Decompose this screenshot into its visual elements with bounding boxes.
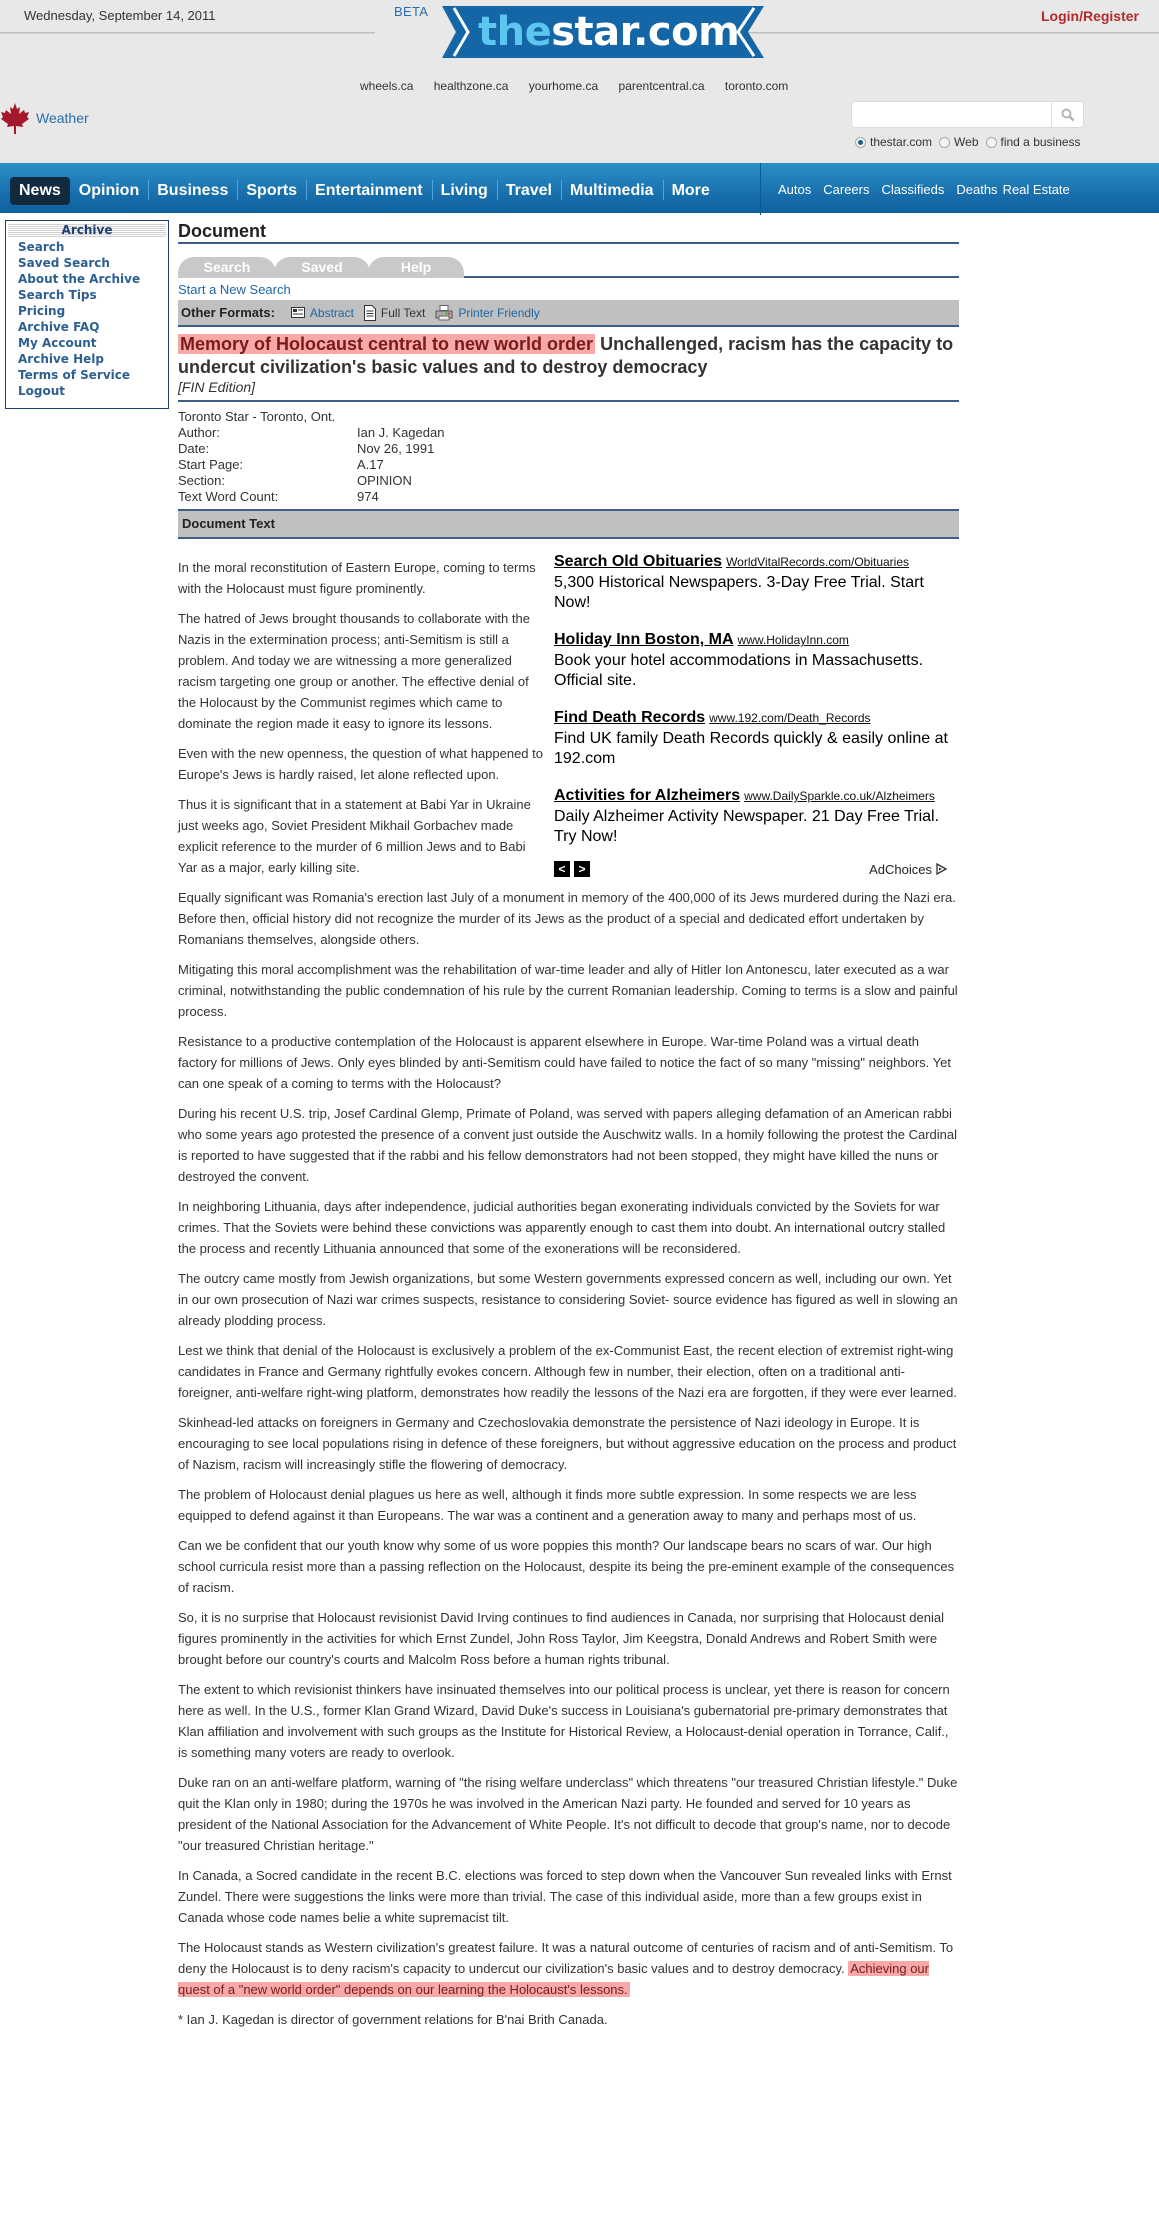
source: Toronto Star - Toronto, Ont. [178, 409, 959, 425]
article-body: Search Old ObituariesWorldVitalRecords.c… [178, 557, 959, 2030]
nav-classifieds[interactable]: Classifieds [882, 182, 945, 197]
nav-sports[interactable]: Sports [237, 177, 306, 205]
nav-more[interactable]: More [663, 177, 719, 205]
nav-careers[interactable]: Careers [823, 182, 869, 197]
format-full-text[interactable]: Full Text [364, 305, 425, 321]
paragraph: In Canada, a Socred candidate in the rec… [178, 1865, 959, 1928]
nav-living[interactable]: Living [432, 177, 497, 205]
tab-search[interactable]: Search [178, 257, 276, 278]
sidebar-item-search[interactable]: Search [18, 239, 168, 255]
paragraph: The extent to which revisionist thinkers… [178, 1679, 959, 1763]
scope-radio-business[interactable]: find a business [986, 135, 1081, 149]
weather-label: Weather [36, 110, 89, 126]
ad-item: Find Death Recordswww.192.com/Death_Reco… [554, 707, 961, 769]
weather-link[interactable]: Weather [0, 101, 89, 135]
article-metadata: Toronto Star - Toronto, Ont. Author:Ian … [178, 409, 959, 505]
article-headline: Memory of Holocaust central to new world… [178, 333, 959, 379]
nav-multimedia[interactable]: Multimedia [561, 177, 663, 205]
paragraph: Resistance to a productive contemplation… [178, 1031, 959, 1094]
nav-news[interactable]: News [10, 177, 70, 205]
ad-description: Daily Alzheimer Activity Newspaper. 21 D… [554, 807, 961, 847]
search-scope: thestar.com Web find a business [855, 135, 1088, 149]
ad-item: Search Old ObituariesWorldVitalRecords.c… [554, 551, 961, 613]
paragraph: In neighboring Lithuania, days after ind… [178, 1196, 959, 1259]
scope-radio-thestar[interactable]: thestar.com [855, 135, 932, 149]
ad-panel: Search Old ObituariesWorldVitalRecords.c… [554, 551, 961, 879]
ad-next-button[interactable]: > [574, 861, 590, 877]
format-abstract-link[interactable]: Abstract [291, 306, 354, 320]
document-icon [364, 305, 376, 321]
ad-title-link[interactable]: Search Old Obituaries [554, 553, 722, 570]
paragraph: So, it is no surprise that Holocaust rev… [178, 1607, 959, 1670]
sidebar-item-logout[interactable]: Logout [18, 383, 168, 399]
ad-description: 5,300 Historical Newspapers. 3-Day Free … [554, 573, 961, 613]
maple-leaf-icon [0, 101, 30, 135]
partner-link-yourhome[interactable]: yourhome.ca [529, 79, 598, 93]
ad-description: Book your hotel accommodations in Massac… [554, 651, 961, 691]
ad-title-link[interactable]: Activities for Alzheimers [554, 787, 740, 804]
paragraph: Mitigating this moral accomplishment was… [178, 959, 959, 1022]
tab-help[interactable]: Help [368, 257, 464, 278]
ad-item: Activities for Alzheimerswww.DailySparkl… [554, 785, 961, 847]
edition-label: [FIN Edition] [178, 379, 959, 395]
ad-prev-button[interactable]: < [554, 861, 570, 877]
main-nav: News Opinion Business Sports Entertainme… [0, 163, 1159, 215]
nav-divider [760, 163, 761, 215]
ad-item: Holiday Inn Boston, MAwww.HolidayInn.com… [554, 629, 961, 691]
current-date: Wednesday, September 14, 2011 [24, 8, 216, 23]
page-title: Document [178, 220, 959, 244]
document-main: Document Search Saved Help Start a New S… [178, 220, 959, 2039]
sidebar-item-saved-search[interactable]: Saved Search [18, 255, 168, 271]
document-text-header: Document Text [178, 509, 959, 539]
start-new-search-link[interactable]: Start a New Search [178, 282, 959, 297]
beta-label: BETA [394, 4, 428, 19]
sidebar-item-faq[interactable]: Archive FAQ [18, 319, 168, 335]
author-footnote: * Ian J. Kagedan is director of governme… [178, 2009, 959, 2030]
radio-unselected-icon [986, 137, 997, 148]
ad-url-link[interactable]: www.DailySparkle.co.uk/Alzheimers [744, 789, 935, 803]
meta-date: Date:Nov 26, 1991 [178, 441, 959, 457]
paragraph: The problem of Holocaust denial plagues … [178, 1484, 959, 1526]
final-paragraph: The Holocaust stands as Western civiliza… [178, 1937, 959, 2000]
logo-prefix: the [478, 9, 551, 55]
sidebar-item-about[interactable]: About the Archive [18, 271, 168, 287]
meta-start-page: Start Page:A.17 [178, 457, 959, 473]
meta-word-count: Text Word Count:974 [178, 489, 959, 505]
nav-autos[interactable]: Autos [778, 182, 811, 197]
paragraph: Duke ran on an anti-welfare platform, wa… [178, 1772, 959, 1856]
archive-sidebar: Archive Search Saved Search About the Ar… [5, 220, 169, 409]
headline-highlight: Memory of Holocaust central to new world… [178, 334, 595, 354]
tab-saved[interactable]: Saved [274, 257, 370, 278]
nav-travel[interactable]: Travel [497, 177, 561, 205]
partner-link-toronto[interactable]: toronto.com [725, 79, 788, 93]
partner-links: wheels.ca healthzone.ca yourhome.ca pare… [360, 79, 805, 93]
adchoices-icon [935, 863, 947, 875]
paragraph: Can we be confident that our youth know … [178, 1535, 959, 1598]
site-header: Wednesday, September 14, 2011 BETA thest… [0, 0, 1159, 163]
logo-suffix: star.com [551, 9, 739, 55]
scope-radio-web[interactable]: Web [939, 135, 978, 149]
divider [178, 400, 959, 402]
partner-link-healthzone[interactable]: healthzone.ca [434, 79, 509, 93]
nav-entertainment[interactable]: Entertainment [306, 177, 432, 205]
paragraph: The outcry came mostly from Jewish organ… [178, 1268, 959, 1331]
thestar-logo[interactable]: thestar.com [438, 6, 764, 58]
meta-author: Author:Ian J. Kagedan [178, 425, 959, 441]
site-search [851, 101, 1084, 128]
format-printer-friendly-link[interactable]: Printer Friendly [435, 305, 539, 321]
radio-unselected-icon [939, 137, 950, 148]
partner-link-wheels[interactable]: wheels.ca [360, 79, 413, 93]
nav-deaths[interactable]: Deaths [956, 182, 997, 197]
document-tabs: Search Saved Help [178, 255, 959, 278]
sidebar-item-my-account[interactable]: My Account [18, 335, 168, 351]
header-rule [735, 32, 1159, 34]
search-button[interactable] [1051, 102, 1083, 127]
other-formats-bar: Other Formats: Abstract Full Text Printe… [178, 300, 959, 327]
ad-url-link[interactable]: WorldVitalRecords.com/Obituaries [726, 555, 909, 569]
radio-selected-icon [855, 137, 866, 148]
ad-title-link[interactable]: Find Death Records [554, 709, 705, 726]
other-formats-label: Other Formats: [181, 305, 275, 320]
paragraph: Lest we think that denial of the Holocau… [178, 1340, 959, 1403]
ad-controls: < > AdChoices [554, 859, 961, 879]
abstract-icon [291, 307, 305, 318]
adchoices-link[interactable]: AdChoices [869, 859, 947, 880]
paragraph: During his recent U.S. trip, Josef Cardi… [178, 1103, 959, 1187]
magnifier-icon [1061, 108, 1075, 122]
ad-url-link[interactable]: www.192.com/Death_Records [709, 711, 870, 725]
search-input[interactable] [852, 102, 1051, 127]
sidebar-item-help[interactable]: Archive Help [18, 351, 168, 367]
login-register-link[interactable]: Login/Register [1041, 8, 1139, 24]
meta-section: Section:OPINION [178, 473, 959, 489]
sidebar-item-pricing[interactable]: Pricing [18, 303, 168, 319]
nav-real-estate[interactable]: Real Estate [1003, 182, 1070, 197]
header-rule [0, 32, 375, 34]
sidebar-item-search-tips[interactable]: Search Tips [18, 287, 168, 303]
ad-description: Find UK family Death Records quickly & e… [554, 729, 961, 769]
printer-icon [435, 305, 453, 321]
paragraph: Equally significant was Romania's erecti… [178, 887, 959, 950]
ad-title-link[interactable]: Holiday Inn Boston, MA [554, 631, 734, 648]
nav-opinion[interactable]: Opinion [70, 177, 148, 205]
partner-link-parentcentral[interactable]: parentcentral.ca [619, 79, 705, 93]
sidebar-item-terms[interactable]: Terms of Service [18, 367, 168, 383]
nav-business[interactable]: Business [148, 177, 237, 205]
ad-url-link[interactable]: www.HolidayInn.com [738, 633, 849, 647]
paragraph: Skinhead-led attacks on foreigners in Ge… [178, 1412, 959, 1475]
sidebar-title: Archive [8, 223, 166, 237]
